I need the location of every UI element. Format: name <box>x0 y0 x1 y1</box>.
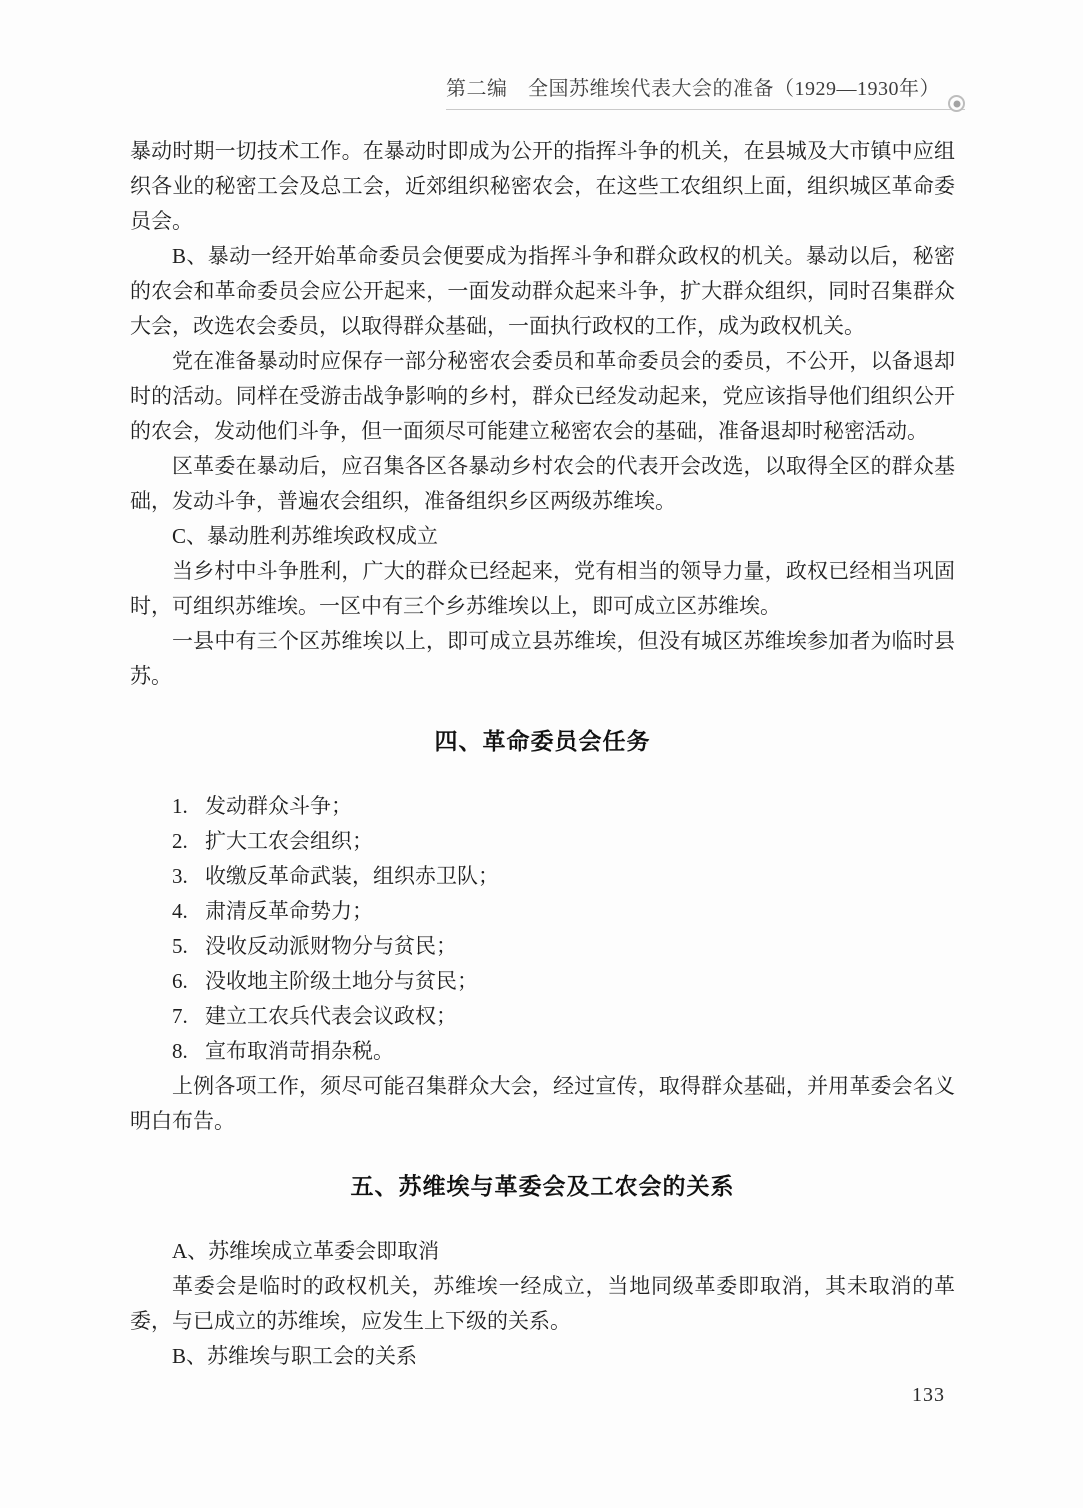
task-number: 6. <box>172 964 193 999</box>
body-paragraph: B、苏维埃与职工会的关系 <box>130 1339 955 1374</box>
task-list: 1.发动群众斗争； 2.扩大工农会组织； 3.收缴反革命武装，组织赤卫队； 4.… <box>130 789 955 1069</box>
task-list-item: 1.发动群众斗争； <box>172 789 955 824</box>
body-paragraph: A、苏维埃成立革委会即取消 <box>130 1234 955 1269</box>
task-text: 肃清反革命势力； <box>205 899 373 923</box>
task-text: 没收反动派财物分与贫民； <box>205 934 457 958</box>
task-list-item: 7.建立工农兵代表会议政权； <box>172 999 955 1034</box>
task-number: 2. <box>172 824 193 859</box>
task-text: 没收地主阶级土地分与贫民； <box>205 969 478 993</box>
body-paragraph: 区革委在暴动后，应召集各区各暴动乡村农会的代表开会改选，以取得全区的群众基础，发… <box>130 449 955 519</box>
chapter-title: 第二编 全国苏维埃代表大会的准备（1929—1930年） <box>446 72 940 101</box>
ring-dot-icon <box>948 95 965 112</box>
body-paragraph: B、暴动一经开始革命委员会便要成为指挥斗争和群众政权的机关。暴动以后，秘密的农会… <box>130 239 955 344</box>
body-paragraph: 当乡村中斗争胜利，广大的群众已经起来，党有相当的领导力量，政权已经相当巩固时，可… <box>130 554 955 624</box>
body-paragraph: 党在准备暴动时应保存一部分秘密农会委员和革命委员会的委员，不公开，以备退却时的活… <box>130 344 955 449</box>
task-text: 发动群众斗争； <box>205 794 352 818</box>
task-number: 5. <box>172 929 193 964</box>
task-list-item: 5.没收反动派财物分与贫民； <box>172 929 955 964</box>
ring-dot-inner <box>953 100 960 107</box>
task-number: 3. <box>172 859 193 894</box>
page-body: 暴动时期一切技术工作。在暴动时即成为公开的指挥斗争的机关，在县城及大市镇中应组织… <box>130 134 955 1374</box>
task-list-item: 8.宣布取消苛捐杂税。 <box>172 1034 955 1069</box>
book-page: 第二编 全国苏维埃代表大会的准备（1929—1930年） 暴动时期一切技术工作。… <box>0 0 1083 1508</box>
body-paragraph: 上例各项工作，须尽可能召集群众大会，经过宣传，取得群众基础，并用革委会名义明白布… <box>130 1069 955 1139</box>
body-paragraph: 暴动时期一切技术工作。在暴动时即成为公开的指挥斗争的机关，在县城及大市镇中应组织… <box>130 134 955 239</box>
task-list-item: 2.扩大工农会组织； <box>172 824 955 859</box>
running-header: 第二编 全国苏维埃代表大会的准备（1929—1930年） <box>446 72 965 110</box>
body-paragraph: 一县中有三个区苏维埃以上，即可成立县苏维埃，但没有城区苏维埃参加者为临时县苏。 <box>130 624 955 694</box>
body-paragraph: 革委会是临时的政权机关，苏维埃一经成立，当地同级革委即取消，其未取消的革委，与已… <box>130 1269 955 1339</box>
task-number: 4. <box>172 894 193 929</box>
task-list-item: 4.肃清反革命势力； <box>172 894 955 929</box>
section-heading-tasks: 四、革命委员会任务 <box>130 724 955 759</box>
task-number: 1. <box>172 789 193 824</box>
task-number: 7. <box>172 999 193 1034</box>
task-text: 收缴反革命武装，组织赤卫队； <box>205 864 499 888</box>
task-list-item: 3.收缴反革命武装，组织赤卫队； <box>172 859 955 894</box>
section-heading-relations: 五、苏维埃与革委会及工农会的关系 <box>130 1169 955 1204</box>
page-number: 133 <box>912 1384 945 1407</box>
task-text: 宣布取消苛捐杂税。 <box>205 1039 394 1063</box>
body-paragraph: C、暴动胜利苏维埃政权成立 <box>130 519 955 554</box>
task-list-item: 6.没收地主阶级土地分与贫民； <box>172 964 955 999</box>
task-number: 8. <box>172 1034 193 1069</box>
task-text: 扩大工农会组织； <box>205 829 373 853</box>
task-text: 建立工农兵代表会议政权； <box>205 1004 457 1028</box>
